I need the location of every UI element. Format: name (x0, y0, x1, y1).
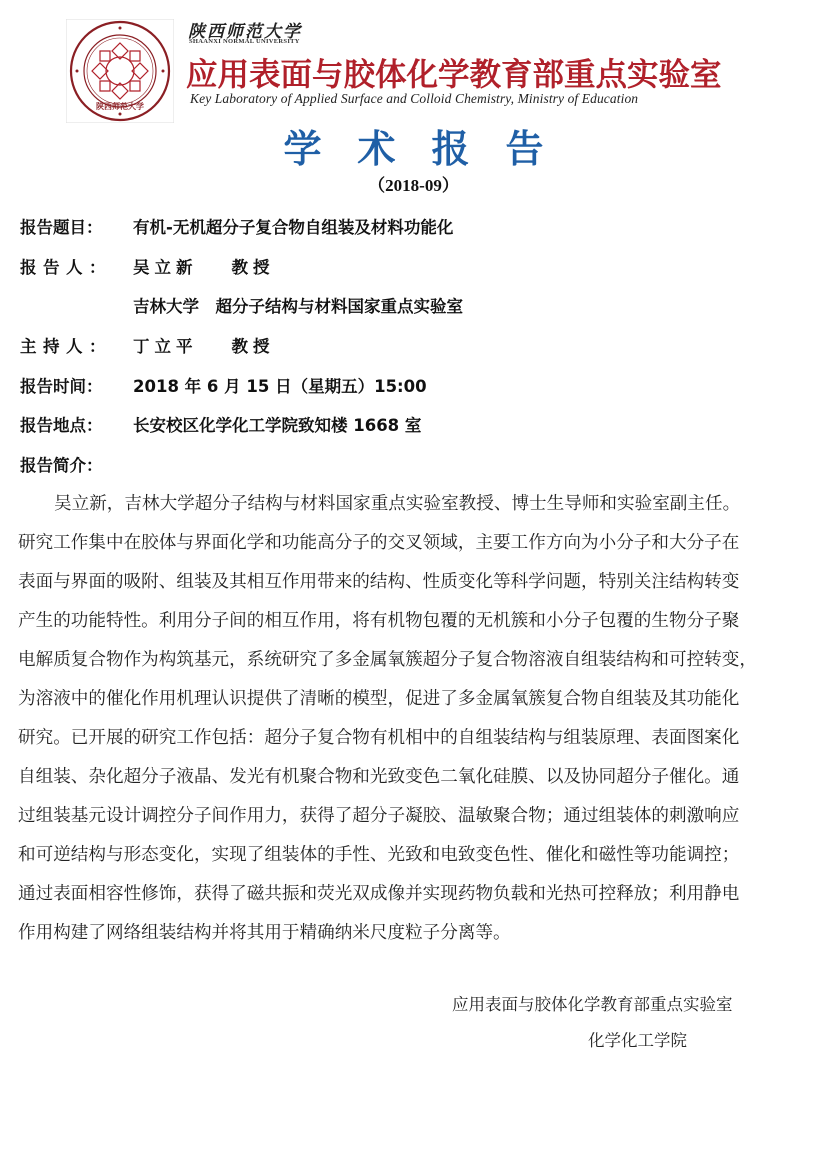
intro-label: 报告简介： (20, 452, 133, 476)
speaker-name: 吴立新 (133, 254, 198, 278)
topic-row: 报告题目：有机-无机超分子复合物自组装及材料功能化 (20, 214, 453, 238)
signature-lab: 应用表面与胶体化学教育部重点实验室 (452, 991, 733, 1015)
svg-text:陕西师范大学: 陕西师范大学 (96, 101, 144, 111)
intro-line: 吴立新，吉林大学超分子结构与材料国家重点实验室教授、博士生导师和实验室副主任。 (18, 485, 818, 524)
place-value: 长安校区化学化工学院致知楼 1668 室 (133, 412, 421, 436)
intro-line: 作用构建了网络组装结构并将其用于精确纳米尺度粒子分离等。 (18, 914, 818, 953)
speaker-row: 报告人：吴立新教授 (20, 254, 275, 278)
intro-paragraph: 吴立新，吉林大学超分子结构与材料国家重点实验室教授、博士生导师和实验室副主任。 … (18, 485, 818, 953)
document-title: 学术报告 (0, 118, 827, 173)
host-row: 主持人：丁立平教授 (20, 333, 275, 357)
intro-line: 研究工作集中在胶体与界面化学和功能高分子的交叉领域，主要工作方向为小分子和大分子… (18, 524, 818, 563)
intro-line: 表面与界面的吸附、组装及其相互作用带来的结构、性质变化等科学问题，特别关注结构转… (18, 563, 818, 602)
intro-line: 和可逆结构与形态变化，实现了组装体的手性、光致和电致变色性、催化和磁性等功能调控… (18, 836, 818, 875)
time-row: 报告时间：2018 年 6 月 15 日（星期五）15:00 (20, 373, 427, 397)
intro-line: 研究。已开展的研究工作包括：超分子复合物有机相中的自组装结构与组装原理、表面图案… (18, 719, 818, 758)
speaker-title: 教授 (232, 254, 275, 278)
university-name-en: SHAANXI NORMAL UNIVERSITY (189, 38, 300, 45)
topic-label: 报告题目： (20, 214, 133, 238)
host-name: 丁立平 (133, 333, 198, 357)
issue-number: （2018-09） (0, 171, 827, 196)
lab-name-cn: 应用表面与胶体化学教育部重点实验室 (186, 50, 722, 95)
speaker-label: 报告人： (20, 254, 133, 278)
place-label: 报告地点： (20, 412, 133, 436)
intro-line: 过组装基元设计调控分子间作用力，获得了超分子凝胶、温敏聚合物；通过组装体的刺激响… (18, 797, 818, 836)
time-value: 2018 年 6 月 15 日（星期五）15:00 (133, 373, 427, 397)
intro-line: 电解质复合物作为构筑基元，系统研究了多金属氧簇超分子复合物溶液自组装结构和可控转… (18, 641, 818, 680)
signature-college: 化学化工学院 (588, 1027, 687, 1051)
speaker-affiliation: 吉林大学 超分子结构与材料国家重点实验室 (133, 293, 463, 317)
intro-line: 为溶液中的催化作用机理认识提供了清晰的模型，促进了多金属氧簇复合物自组装及其功能… (18, 680, 818, 719)
host-label: 主持人： (20, 333, 133, 357)
intro-line: 通过表面相容性修饰，获得了磁共振和荧光双成像并实现药物负载和光热可控释放；利用静… (18, 875, 818, 914)
host-title: 教授 (232, 333, 275, 357)
intro-row: 报告简介： (20, 452, 133, 476)
intro-line: 自组装、杂化超分子液晶、发光有机聚合物和光致变色二氧化硅膜、以及协同超分子催化。… (18, 758, 818, 797)
lab-name-en: Key Laboratory of Applied Surface and Co… (190, 91, 638, 107)
time-label: 报告时间： (20, 373, 133, 397)
lab-logo: 陕西师范大学 (66, 19, 174, 123)
place-row: 报告地点：长安校区化学化工学院致知楼 1668 室 (20, 412, 421, 436)
intro-line: 产生的功能特性。利用分子间的相互作用，将有机物包覆的无机簇和小分子包覆的生物分子… (18, 602, 818, 641)
lab-emblem-icon: 陕西师范大学 (66, 19, 174, 123)
topic-value: 有机-无机超分子复合物自组装及材料功能化 (133, 214, 453, 238)
